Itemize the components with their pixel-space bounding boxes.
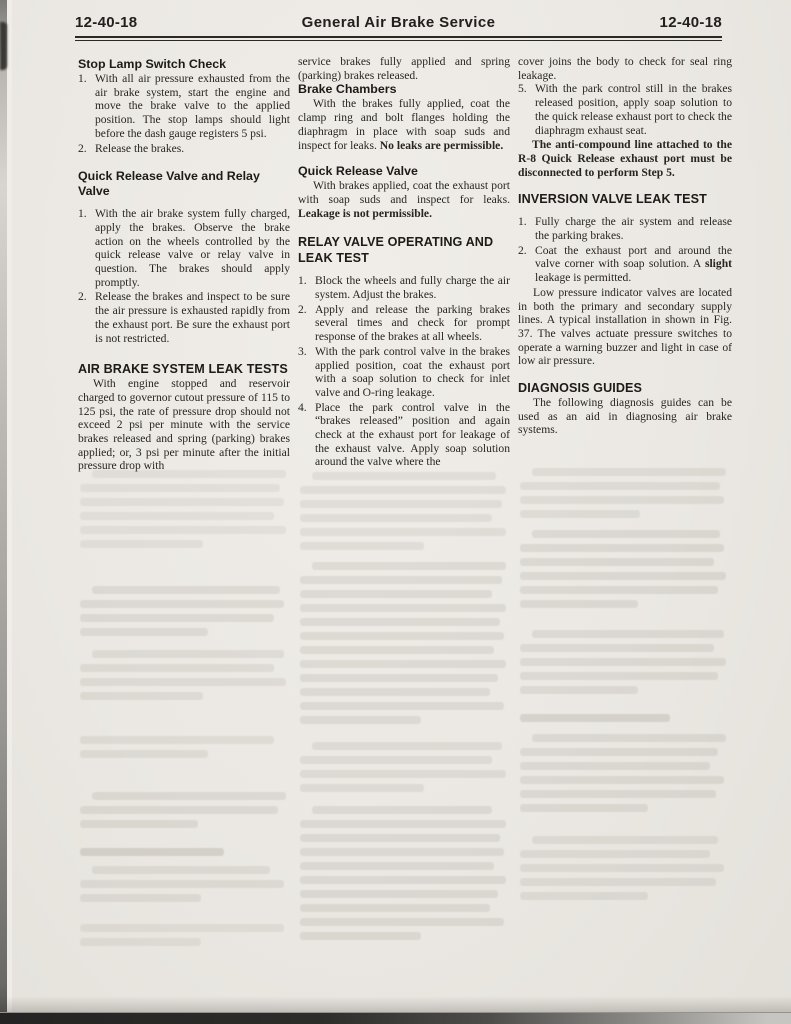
list-text: With all air pressure exhausted from the… xyxy=(95,72,290,141)
list-text-part: leakage is permitted. xyxy=(535,271,631,284)
ghost-line xyxy=(80,628,208,636)
ghost-line xyxy=(80,540,203,548)
ghost-line xyxy=(520,714,670,722)
list-text: Release the brakes. xyxy=(95,142,290,156)
list-item: 1. With the air brake system fully charg… xyxy=(78,207,290,289)
scan-edge-left xyxy=(0,0,7,1024)
list-item: 4. Place the park control valve in the “… xyxy=(298,401,510,470)
list-number: 1. xyxy=(298,274,315,301)
list-text: Fully charge the air system and release … xyxy=(535,215,732,242)
list-text: Place the park control valve in the “bra… xyxy=(315,401,510,470)
list-text-bold: slight xyxy=(705,257,732,270)
ghost-line xyxy=(300,876,506,884)
heading-diagnosis-guides: DIAGNOSIS GUIDES xyxy=(518,380,732,396)
ghost-line xyxy=(520,686,638,694)
list-text-part: Coat the exhaust port and around the val… xyxy=(535,244,732,271)
ghost-line xyxy=(300,688,490,696)
scan-smudge xyxy=(0,22,7,70)
paragraph-bold-text: Leakage is not permissible. xyxy=(298,207,432,220)
column-middle: service brakes fully applied and spring … xyxy=(298,55,510,470)
list-number: 2. xyxy=(78,290,95,345)
ghost-line xyxy=(80,498,284,506)
paragraph-low-pressure-indicator: Low pressure indicator valves are locate… xyxy=(518,286,732,368)
ghost-line xyxy=(520,658,726,666)
list-text: With the park control still in the brake… xyxy=(535,82,732,137)
ghost-line xyxy=(80,938,201,946)
ghost-line xyxy=(520,644,714,652)
heading-quick-release-valve: Quick Release Valve xyxy=(298,164,510,179)
ghost-line xyxy=(532,468,726,476)
list-item: 2. Coat the exhaust port and around the … xyxy=(518,244,732,285)
list-number: 4. xyxy=(298,401,315,470)
paragraph-diagnosis: The following diagnosis guides can be us… xyxy=(518,396,732,437)
ghost-line xyxy=(520,510,640,518)
ghost-line xyxy=(312,472,496,480)
list-text: Block the wheels and fully charge the ai… xyxy=(315,274,510,301)
list-number: 5. xyxy=(518,82,535,137)
list-number: 1. xyxy=(78,207,95,289)
ghost-line xyxy=(300,500,502,508)
list-text: With the air brake system fully charged,… xyxy=(95,207,290,289)
ghost-line xyxy=(80,880,284,888)
ghost-line xyxy=(312,562,506,570)
ghost-line xyxy=(520,878,716,886)
ghost-line xyxy=(532,734,726,742)
ghost-line xyxy=(80,806,278,814)
ghost-line xyxy=(80,894,201,902)
ghost-line xyxy=(520,748,718,756)
list-number: 2. xyxy=(78,142,95,156)
ghost-line xyxy=(300,756,492,764)
ghost-line xyxy=(300,514,492,522)
note-anti-compound: The anti-compound line attached to the R… xyxy=(518,138,732,179)
paragraph-brake-chambers: With the brakes fully applied, coat the … xyxy=(298,97,510,152)
ghost-line xyxy=(300,632,504,640)
ghost-line xyxy=(520,586,718,594)
ghost-line xyxy=(520,790,716,798)
ghost-line xyxy=(532,630,724,638)
ghost-line xyxy=(80,820,198,828)
list-text: Coat the exhaust port and around the val… xyxy=(535,244,732,285)
ghost-line xyxy=(520,804,648,812)
list-item: 5. With the park control still in the br… xyxy=(518,82,732,137)
column-right: cover joins the body to check for seal r… xyxy=(518,55,732,437)
ghost-line xyxy=(300,918,504,926)
ghost-line xyxy=(520,762,710,770)
ghost-line xyxy=(300,646,494,654)
ghost-line xyxy=(300,604,506,612)
heading-quick-release-valve-relay: Quick Release Valve and Relay Valve xyxy=(78,169,290,199)
ghost-line xyxy=(520,496,724,504)
ghost-line xyxy=(300,890,498,898)
scan-edge-bottom xyxy=(0,1012,791,1024)
scan-edge-left-highlight xyxy=(7,0,12,1024)
ghost-line xyxy=(520,544,724,552)
ghost-line xyxy=(312,742,502,750)
heading-air-brake-system-leak-tests: AIR BRAKE SYSTEM LEAK TESTS xyxy=(78,361,290,377)
ghost-line xyxy=(300,904,490,912)
paragraph-bold-text: No leaks are permissible. xyxy=(380,139,503,152)
list-number: 3. xyxy=(298,345,315,400)
ghost-line xyxy=(520,600,638,608)
list-item: 1. Fully charge the air system and relea… xyxy=(518,215,732,242)
ghost-line xyxy=(300,674,498,682)
paragraph-leak-tests: With engine stopped and reservoir charge… xyxy=(78,377,290,473)
ghost-line xyxy=(300,820,506,828)
ghost-line xyxy=(80,848,224,856)
ghost-line xyxy=(80,736,274,744)
ghost-line xyxy=(80,526,286,534)
ghost-line xyxy=(300,770,506,778)
ghost-line xyxy=(520,892,648,900)
page-number-right: 12-40-18 xyxy=(660,14,722,31)
heading-brake-chambers: Brake Chambers xyxy=(298,82,510,97)
ghost-line xyxy=(520,864,724,872)
ghost-line xyxy=(92,792,286,800)
ghost-line xyxy=(300,486,506,494)
paragraph-continuation: cover joins the body to check for seal r… xyxy=(518,55,732,82)
list-text: Release the brakes and inspect to be sur… xyxy=(95,290,290,345)
ghost-line xyxy=(520,572,726,580)
ghost-line xyxy=(300,932,421,940)
page-header: 12-40-18 General Air Brake Service 12-40… xyxy=(75,14,722,34)
paragraph-quick-release: With brakes applied, coat the exhaust po… xyxy=(298,179,510,220)
ghost-line xyxy=(300,848,504,856)
ghost-line xyxy=(300,834,500,842)
ghost-line xyxy=(300,542,424,550)
heading-inversion-valve-leak-test: INVERSION VALVE LEAK TEST xyxy=(518,191,732,207)
ghost-line xyxy=(300,576,502,584)
ghost-line xyxy=(300,528,506,536)
column-left: Stop Lamp Switch Check 1. With all air p… xyxy=(78,55,290,473)
list-number: 1. xyxy=(518,215,535,242)
list-text: With the park control valve in the brake… xyxy=(315,345,510,400)
ghost-line xyxy=(312,806,492,814)
ghost-line xyxy=(80,614,274,622)
ghost-line xyxy=(80,664,274,672)
ghost-line xyxy=(92,866,270,874)
ghost-line xyxy=(532,530,720,538)
ghost-line xyxy=(532,836,718,844)
ghost-line xyxy=(300,618,500,626)
list-item: 1. With all air pressure exhausted from … xyxy=(78,72,290,141)
list-item: 2. Apply and release the parking brakes … xyxy=(298,303,510,344)
list-text: Apply and release the parking brakes sev… xyxy=(315,303,510,344)
scan-shadow-bottom xyxy=(0,996,791,1012)
ghost-line xyxy=(80,678,286,686)
page-title: General Air Brake Service xyxy=(75,14,722,31)
ghost-line xyxy=(80,692,203,700)
ghost-line xyxy=(520,776,724,784)
list-number: 2. xyxy=(298,303,315,344)
ghost-line xyxy=(520,482,720,490)
list-item: 2. Release the brakes and inspect to be … xyxy=(78,290,290,345)
ghost-line xyxy=(520,850,710,858)
list-number: 1. xyxy=(78,72,95,141)
ghost-line xyxy=(520,558,714,566)
scanned-manual-page: { "header": { "page_number_left": "12-40… xyxy=(0,0,791,1024)
paragraph-text: With brakes applied, coat the exhaust po… xyxy=(298,179,510,206)
ghost-line xyxy=(92,586,280,594)
list-item: 1. Block the wheels and fully charge the… xyxy=(298,274,510,301)
list-item: 2. Release the brakes. xyxy=(78,142,290,156)
ghost-line xyxy=(80,600,284,608)
ghost-line xyxy=(300,702,504,710)
ghost-line xyxy=(80,512,274,520)
header-rule xyxy=(75,36,722,41)
heading-relay-valve-operating-leak-test: RELAY VALVE OPERATING AND LEAK TEST xyxy=(298,234,510,266)
ghost-line xyxy=(80,484,280,492)
ghost-line xyxy=(80,750,208,758)
ghost-line xyxy=(300,716,421,724)
ghost-line xyxy=(92,650,284,658)
ghost-line xyxy=(92,470,286,478)
paragraph-continuation: service brakes fully applied and spring … xyxy=(298,55,510,82)
list-item: 3. With the park control valve in the br… xyxy=(298,345,510,400)
ghost-line xyxy=(300,784,424,792)
ghost-line xyxy=(80,924,284,932)
ghost-line xyxy=(520,672,718,680)
ghost-line xyxy=(300,660,506,668)
heading-stop-lamp-switch-check: Stop Lamp Switch Check xyxy=(78,57,290,72)
list-number: 2. xyxy=(518,244,535,285)
ghost-line xyxy=(300,862,494,870)
ghost-line xyxy=(300,590,492,598)
